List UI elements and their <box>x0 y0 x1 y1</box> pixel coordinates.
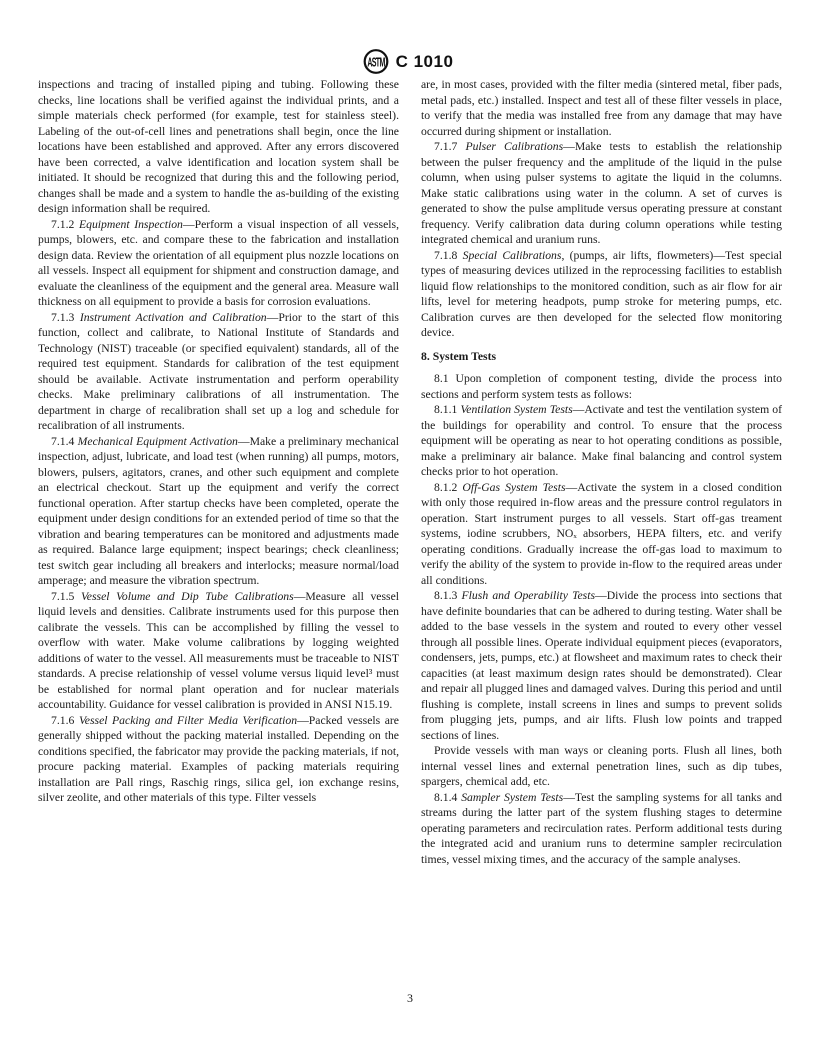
section-number: 8.1.1 <box>434 403 457 416</box>
paragraph-text: Upon completion of component testing, di… <box>421 372 782 401</box>
paragraph-text: inspections and tracing of installed pip… <box>38 78 399 215</box>
paragraph-8-1: 8.1 Upon completion of component testing… <box>421 371 782 402</box>
paragraph-text: —Divide the process into sections that h… <box>421 589 782 742</box>
section-title: Instrument Activation and Calibration <box>80 311 267 324</box>
astm-logo-icon: ASTM <box>363 48 389 75</box>
paragraph-7-1-6: 7.1.6 Vessel Packing and Filter Media Ve… <box>38 713 399 806</box>
two-column-text-block: inspections and tracing of installed pip… <box>38 77 782 867</box>
section-number: 7.1.5 <box>51 590 74 603</box>
paragraph-text: —Perform a visual inspection of all vess… <box>38 218 399 309</box>
section-title: Mechanical Equipment Activation <box>78 435 238 448</box>
paragraph-7-1-5: 7.1.5 Vessel Volume and Dip Tube Calibra… <box>38 589 399 713</box>
section-number: 8.1.3 <box>434 589 457 602</box>
section-title: Ventilation System Tests <box>460 403 572 416</box>
section-number: 8.1.4 <box>434 791 457 804</box>
section-title: Special Calibrations <box>463 249 562 262</box>
paragraph-text: are, in most cases, provided with the fi… <box>421 78 782 138</box>
paragraph-text: —Packed vessels are generally shipped wi… <box>38 714 399 805</box>
paragraph-continuation: inspections and tracing of installed pip… <box>38 77 399 217</box>
paragraph-continuation: are, in most cases, provided with the fi… <box>421 77 782 139</box>
section-title: Off-Gas System Tests <box>462 481 565 494</box>
standard-designation: C 1010 <box>396 52 454 72</box>
section-title: Flush and Operability Tests <box>462 589 595 602</box>
section-number: 7.1.8 <box>434 249 457 262</box>
section-number: 7.1.6 <box>51 714 74 727</box>
paragraph-7-1-4: 7.1.4 Mechanical Equipment Activation—Ma… <box>38 434 399 589</box>
section-number: 8.1.2 <box>434 481 457 494</box>
page-number: 3 <box>38 991 782 1006</box>
paragraph-text: Provide vessels with man ways or cleanin… <box>421 744 782 788</box>
section-number: 7.1.3 <box>51 311 74 324</box>
paragraph-7-1-2: 7.1.2 Equipment Inspection—Perform a vis… <box>38 217 399 310</box>
paragraph-7-1-8: 7.1.8 Special Calibrations, (pumps, air … <box>421 248 782 341</box>
section-8-heading: 8. System Tests <box>421 349 782 365</box>
paragraph-text: —Activate the system in a closed conditi… <box>421 481 782 587</box>
section-title: Pulser Calibrations <box>465 140 563 153</box>
paragraph-text: , (pumps, air lifts, flowmeters)—Test sp… <box>421 249 782 340</box>
paragraph-8-1-3: 8.1.3 Flush and Operability Tests—Divide… <box>421 588 782 743</box>
astm-logo-text: ASTM <box>367 55 385 70</box>
section-title: Vessel Packing and Filter Media Verifica… <box>79 714 297 727</box>
section-title: Equipment Inspection <box>79 218 183 231</box>
paragraph-text: —Measure all vessel liquid levels and de… <box>38 590 399 712</box>
right-column: are, in most cases, provided with the fi… <box>421 77 782 867</box>
paragraph-8-1-1: 8.1.1 Ventilation System Tests—Activate … <box>421 402 782 480</box>
paragraph-text: —Make a preliminary mechanical inspectio… <box>38 435 399 588</box>
section-number: 7.1.7 <box>434 140 457 153</box>
paragraph-8-1-4: 8.1.4 Sampler System Tests—Test the samp… <box>421 790 782 868</box>
left-column: inspections and tracing of installed pip… <box>38 77 399 867</box>
paragraph-text: —Prior to the start of this function, co… <box>38 311 399 433</box>
document-header: ASTM C 1010 <box>0 48 816 75</box>
section-title: Sampler System Tests <box>461 791 563 804</box>
section-number: 7.1.2 <box>51 218 74 231</box>
section-title: Vessel Volume and Dip Tube Calibrations <box>81 590 294 603</box>
section-number: 7.1.4 <box>51 435 74 448</box>
paragraph-8-1-2: 8.1.2 Off-Gas System Tests—Activate the … <box>421 480 782 589</box>
paragraph-7-1-3: 7.1.3 Instrument Activation and Calibrat… <box>38 310 399 434</box>
paragraph-text: —Make tests to establish the relationshi… <box>421 140 782 246</box>
paragraph-7-1-7: 7.1.7 Pulser Calibrations—Make tests to … <box>421 139 782 248</box>
section-number: 8.1 <box>434 372 449 385</box>
paragraph-provide-vessels: Provide vessels with man ways or cleanin… <box>421 743 782 790</box>
document-page: ASTM C 1010 inspections and tracing of i… <box>0 0 816 1056</box>
